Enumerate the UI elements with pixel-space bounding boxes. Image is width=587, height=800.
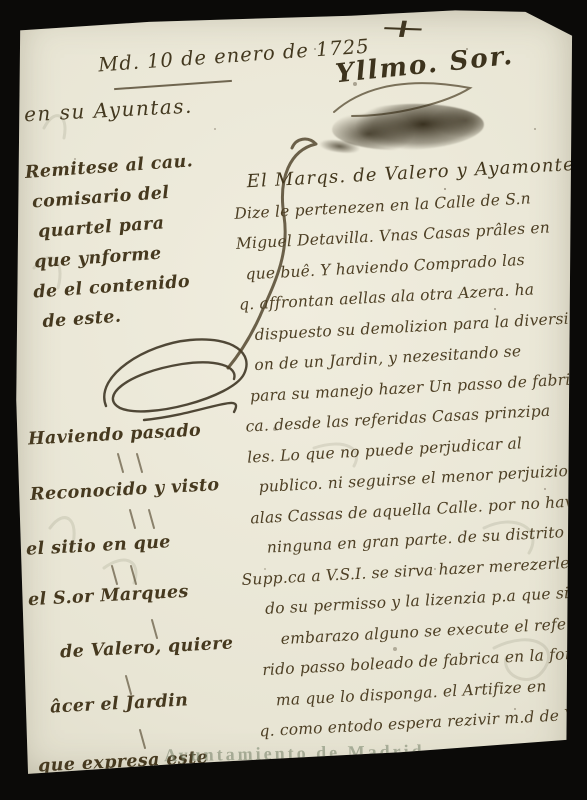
petition-body: El Marqs. de Valero y Ayamonte Dize le p… — [232, 150, 587, 747]
scan-viewport: + Md. 10 de enero de 1725 en su Ayuntas.… — [0, 0, 587, 800]
manuscript-page: + Md. 10 de enero de 1725 en su Ayuntas.… — [14, 8, 576, 780]
paper-speckles — [14, 8, 16, 10]
archive-stamp: Ayuntamiento de Madrid — [164, 741, 425, 767]
margin-note-remit: Remitese al cau. comisario del quartel p… — [24, 146, 205, 337]
invocation-cross-icon: + — [375, 13, 431, 45]
